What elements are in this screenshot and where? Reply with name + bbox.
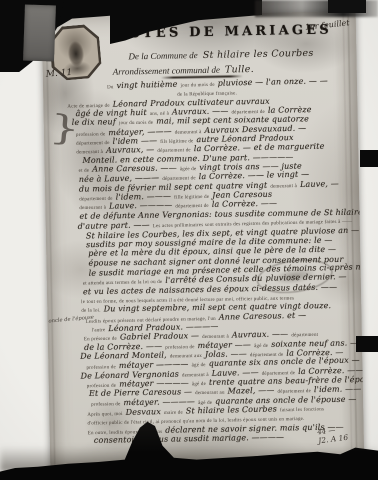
manuscript: Duvingt huitièmejour du mois depluviose … xyxy=(67,73,356,443)
arrondissement-value: Tulle. xyxy=(225,64,254,76)
document-page: ACTES DE MARIAGES 1er feuillet De la Com… xyxy=(42,11,365,469)
arrondissement-label: Arrondissement communal de xyxy=(113,65,220,77)
scanned-document: ACTES DE MARIAGES 1er feuillet De la Com… xyxy=(0,0,378,480)
scan-gray-wedge xyxy=(23,4,56,61)
printed-form-text: Du xyxy=(107,85,114,90)
scan-right-tab-upper xyxy=(360,150,378,167)
scan-black-top-right-blob xyxy=(328,0,366,13)
archival-mark: 44 — J2. A 16 xyxy=(317,425,349,446)
page-left-crease xyxy=(46,17,56,469)
handwritten-text: consentoient tous au susdit mariage. ———… xyxy=(94,433,285,445)
scan-right-tab-lower xyxy=(356,336,378,352)
handwritten-text: vingt huitième xyxy=(116,80,177,90)
